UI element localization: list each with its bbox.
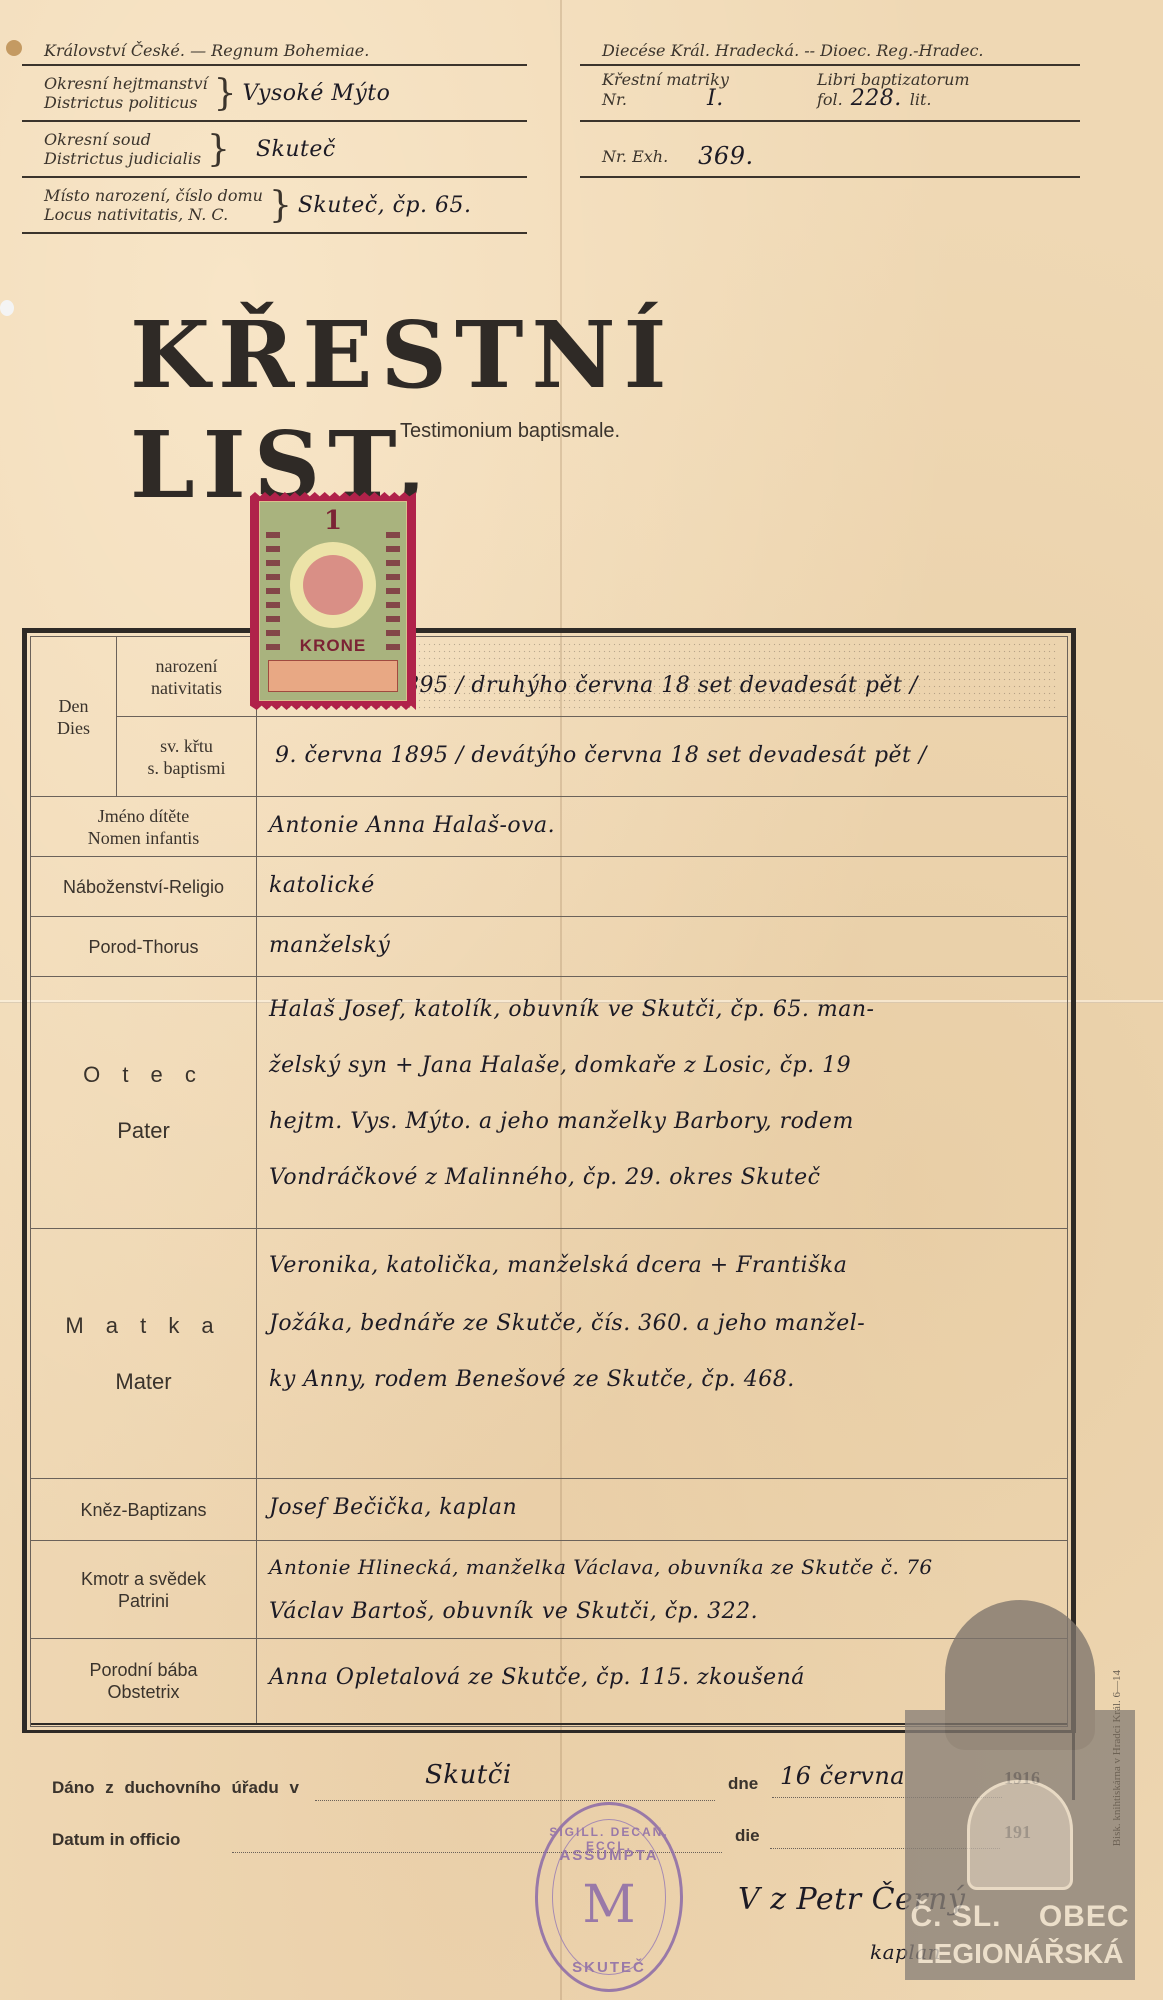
godparent-line-2: Václav Bartoš, obuvník ve Skutči, čp. 32… <box>269 1599 758 1624</box>
kingdom-label: Království České. — Regnum Bohemiae. <box>44 41 369 60</box>
seal-bottom-text: SKUTEČ <box>538 1959 680 1976</box>
punch-hole <box>0 300 14 316</box>
midwife-label-la: Obstetrix <box>107 1681 179 1703</box>
table-row-mother: M a t k a Mater Veronika, katolička, man… <box>31 1229 1067 1479</box>
judicial-district-label-la: Districtus judicialis <box>44 149 201 168</box>
legion-watermark: Č. SL. OBEC LEGIONÁŘSKÁ Bisk. knihtiskár… <box>905 1600 1135 1985</box>
birthplace-label-la: Locus nativitatis, N. C. <box>44 205 228 224</box>
baptism-record-table: Den Dies narození nativitatis 2. června … <box>22 628 1076 1733</box>
religion-value-cell: katolické <box>269 857 1057 916</box>
exhibit-label: Nr. Exh. <box>602 147 668 166</box>
midwife-value: Anna Opletalová ze Skutče, čp. 115. zkou… <box>269 1665 805 1690</box>
table-row-child-name: Jméno dítěte Nomen infantis Antonie Anna… <box>31 797 1067 857</box>
date-value: 16 června <box>780 1762 905 1790</box>
issued-place: Skutči <box>425 1760 512 1790</box>
political-district-label-cs: Okresní hejtmanství <box>44 74 208 93</box>
table-row-father: O t e c Pater Halaš Josef, katolík, obuv… <box>31 977 1067 1229</box>
godparents-label-cell: Kmotr a svědek Patrini <box>31 1541 257 1638</box>
godparents-label-la: Patrini <box>118 1590 169 1612</box>
religion-label-cell: Náboženství-Religio <box>31 857 257 916</box>
priest-value-cell: Josef Bečička, kaplan <box>269 1479 1057 1540</box>
father-line-1: Halaš Josef, katolík, obuvník ve Skutči,… <box>269 997 874 1022</box>
document-title: KŘESTNÍ LIST, <box>130 300 970 520</box>
revenue-stamp-field: 1 KRONE <box>259 501 407 701</box>
diocese-row: Diecése Král. Hradecká. -- Dioec. Reg.-H… <box>580 38 1080 66</box>
diocese-label: Diecése Král. Hradecká. -- Dioec. Reg.-H… <box>602 41 983 60</box>
date-label-la: die <box>735 1826 760 1846</box>
coat-of-arms-icon <box>967 1780 1073 1890</box>
revenue-stamp-value: 1 <box>260 506 406 536</box>
brace-icon: } <box>207 140 230 159</box>
birthplace-row: Místo narození, číslo domu Locus nativit… <box>22 178 527 234</box>
header-right: Diecése Král. Hradecká. -- Dioec. Reg.-H… <box>580 38 1080 178</box>
table-row-priest: Kněz-Baptizans Josef Bečička, kaplan <box>31 1479 1067 1541</box>
register-lit-label: lit. <box>910 90 932 109</box>
mother-label-cell: M a t k a Mater <box>31 1229 257 1478</box>
father-line-3: hejtm. Vys. Mýto. a jeho manželky Barbor… <box>269 1109 854 1134</box>
religion-label: Náboženství-Religio <box>63 876 224 898</box>
birthplace-label-cs: Místo narození, číslo domu <box>44 186 263 205</box>
thorus-label: Porod-Thorus <box>88 936 198 958</box>
register-fol-value: 228. <box>851 89 902 108</box>
father-label-cs: O t e c <box>83 1047 204 1103</box>
parish-seal: SIGILL. DECAN. ECCL. ASSUMPTA M SKUTEČ <box>535 1802 683 1992</box>
father-label-cell: O t e c Pater <box>31 977 257 1228</box>
father-label-la: Pater <box>117 1103 170 1159</box>
godparents-label-cs: Kmotr a svědek <box>81 1568 206 1590</box>
brace-icon: } <box>269 196 292 215</box>
thorus-label-cell: Porod-Thorus <box>31 917 257 976</box>
seal-middle-text: ASSUMPTA <box>538 1847 680 1864</box>
register-nr-value: I. <box>707 89 817 108</box>
printer-note: Bisk. knihtiskárna v Hradci Král. 6—14 <box>1111 1670 1123 1846</box>
child-name-value: Antonie Anna Halaš-ova. <box>269 813 555 838</box>
baptism-value-cell: 9. června 1895 / devátýho června 18 set … <box>267 717 1057 797</box>
birth-label-cs: narození <box>156 655 218 677</box>
thorus-value-cell: manželský <box>269 917 1057 976</box>
baptism-label-la: s. baptismi <box>147 757 225 779</box>
birthplace-labels: Místo narození, číslo domu Locus nativit… <box>44 186 263 224</box>
baptism-label-cs: sv. křtu <box>160 735 213 757</box>
day-label-cell: Den Dies <box>31 637 117 796</box>
date-label-cs: dne <box>728 1774 758 1794</box>
mother-line-2: Jožáka, bednáře ze Skutče, čís. 360. a j… <box>269 1311 865 1336</box>
issued-label-cs: Dáno z duchovního úřadu v <box>52 1778 299 1798</box>
soldier-helmet-icon <box>945 1600 1095 1750</box>
godparent-line-1: Antonie Hlinecká, manželka Václava, obuv… <box>269 1555 933 1579</box>
exhibit-value: 369. <box>698 147 753 166</box>
emperor-medallion-icon <box>290 542 376 628</box>
child-name-label-la: Nomen infantis <box>88 827 199 849</box>
religion-value: katolické <box>269 873 375 898</box>
father-line-4: Vondráčkové z Malinného, čp. 29. okres S… <box>269 1165 820 1190</box>
register-nr-label: Nr. <box>602 90 707 109</box>
judicial-district-label-cs: Okresní soud <box>44 130 151 149</box>
priest-label-cell: Kněz-Baptizans <box>31 1479 257 1540</box>
table-inner-frame: Den Dies narození nativitatis 2. června … <box>30 636 1068 1727</box>
priest-value: Josef Bečička, kaplan <box>269 1495 517 1520</box>
child-name-label-cs: Jméno dítěte <box>98 805 189 827</box>
mother-label-la: Mater <box>115 1354 171 1410</box>
exhibit-row: Nr. Exh. 369. <box>580 122 1080 178</box>
mother-line-1: Veronika, katolička, manželská dcera + F… <box>269 1253 847 1278</box>
birth-label-la: nativitatis <box>151 677 222 699</box>
table-row-dates: Den Dies narození nativitatis 2. června … <box>31 637 1067 797</box>
child-name-value-cell: Antonie Anna Halaš-ova. <box>269 797 1057 856</box>
baptism-subrow: sv. křtu s. baptismi 9. června 1895 / de… <box>117 717 1067 797</box>
header-left: Království České. — Regnum Bohemiae. Okr… <box>22 38 527 234</box>
baptism-label-cell: sv. křtu s. baptismi <box>117 717 257 797</box>
table-row-religion: Náboženství-Religio katolické <box>31 857 1067 917</box>
political-district-value: Vysoké Mýto <box>243 84 391 103</box>
seal-monogram-icon: M <box>538 1875 680 1935</box>
watermark-line-2: LEGIONÁŘSKÁ <box>905 1938 1135 1970</box>
kingdom-row: Království České. — Regnum Bohemiae. <box>22 38 527 66</box>
mother-line-3: ky Anny, rodem Benešové ze Skutče, čp. 4… <box>269 1367 795 1392</box>
political-district-label-la: Districtus politicus <box>44 93 197 112</box>
baptism-date-value: 9. června 1895 / devátýho června 18 set … <box>275 743 927 768</box>
document-subtitle: Testimonium baptismale. <box>400 420 620 443</box>
political-district-labels: Okresní hejtmanství Districtus politicus <box>44 74 208 112</box>
child-name-label-cell: Jméno dítěte Nomen infantis <box>31 797 257 856</box>
priest-label: Kněz-Baptizans <box>80 1499 206 1521</box>
table-row-thorus: Porod-Thorus manželský <box>31 917 1067 977</box>
father-value-cell: Halaš Josef, katolík, obuvník ve Skutči,… <box>269 977 1057 1228</box>
punch-hole-stain <box>6 40 22 56</box>
issued-label-la: Datum in officio <box>52 1830 180 1850</box>
garland-left-icon <box>266 532 280 652</box>
revenue-stamp-value-band <box>268 660 398 692</box>
brace-icon: } <box>214 84 237 103</box>
register-fol-label: fol. <box>817 90 843 109</box>
birthplace-value: Skuteč, čp. 65. <box>298 196 472 215</box>
revenue-stamp-currency: KRONE <box>260 636 406 656</box>
garland-right-icon <box>386 532 400 652</box>
mother-label-cs: M a t k a <box>65 1298 221 1354</box>
midwife-label-cell: Porodní bába Obstetrix <box>31 1639 257 1723</box>
judicial-district-labels: Okresní soud Districtus judicialis <box>44 130 201 168</box>
portrait-icon <box>303 555 363 615</box>
issued-place-dotted-line <box>315 1800 715 1801</box>
watermark-line-1: Č. SL. OBEC <box>905 1900 1135 1934</box>
political-district-row: Okresní hejtmanství Districtus politicus… <box>22 66 527 122</box>
midwife-label-cs: Porodní bába <box>89 1659 197 1681</box>
judicial-district-row: Okresní soud Districtus judicialis } Sku… <box>22 122 527 178</box>
mother-value-cell: Veronika, katolička, manželská dcera + F… <box>269 1229 1057 1478</box>
birth-label-cell: narození nativitatis <box>117 637 257 716</box>
register-row: Křestní matriky Libri baptizatorum Nr. I… <box>580 66 1080 122</box>
revenue-stamp: 1 KRONE <box>250 492 416 710</box>
judicial-district-value: Skuteč <box>256 140 336 159</box>
father-line-2: želský syn + Jana Halaše, domkaře z Losi… <box>269 1053 851 1078</box>
day-label-cs: Den <box>59 695 89 717</box>
day-label-la: Dies <box>57 717 90 739</box>
thorus-value: manželský <box>269 933 390 958</box>
